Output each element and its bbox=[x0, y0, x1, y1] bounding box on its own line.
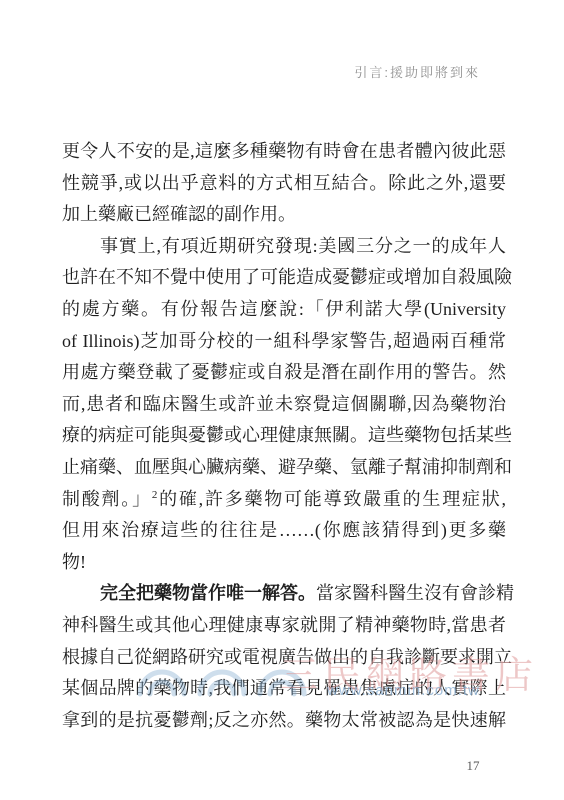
text-line: 物! bbox=[62, 547, 506, 579]
text-line: 更令人不安的是,這麼多種藥物有時會在患者體內彼此惡 bbox=[62, 136, 506, 168]
text-line: 性競爭,或以出乎意料的方式相互結合。除此之外,還要 bbox=[62, 168, 506, 200]
text-line: 某個品牌的藥物時,我們通常看見罹患焦慮症的人實際上 bbox=[62, 673, 506, 705]
page-number: 17 bbox=[458, 758, 488, 774]
text-line: 神科醫生或其他心理健康專家就開了精神藥物時,當患者 bbox=[62, 610, 506, 642]
text-line: 止痛藥、血壓與心臟病藥、避孕藥、氫離子幫浦抑制劑和 bbox=[62, 452, 506, 484]
text-line: 也許在不知不覺中使用了可能造成憂鬱症或增加自殺風險 bbox=[62, 262, 506, 294]
text-line: 而,患者和臨床醫生或許並未察覺這個關聯,因為藥物治 bbox=[62, 389, 506, 421]
text-line: 制酸劑。」2的確,許多藥物可能導致嚴重的生理症狀, bbox=[62, 484, 506, 516]
running-head: 引言:援助即將到來 bbox=[0, 62, 480, 81]
text-line: 但用來治療這些的往往是……(你應該猜得到)更多藥 bbox=[62, 515, 506, 547]
book-page: 引言:援助即將到來 更令人不安的是,這麼多種藥物有時會在患者體內彼此惡性競爭,或… bbox=[0, 0, 564, 800]
text-line: of Illinois)芝加哥分校的一組科學家警告,超過兩百種常 bbox=[62, 326, 506, 358]
text-line: 用處方藥登載了憂鬱症或自殺是潛在副作用的警告。然 bbox=[62, 357, 506, 389]
text-line: 的處方藥。有份報告這麼說:「伊利諾大學(University bbox=[62, 294, 506, 326]
text-line: 事實上,有項近期研究發現:美國三分之一的成年人 bbox=[62, 231, 506, 263]
text-line: 加上藥廠已經確認的副作用。 bbox=[62, 199, 506, 231]
text-line: 療的病症可能與憂鬱或心理健康無關。這些藥物包括某些 bbox=[62, 420, 506, 452]
body-text: 更令人不安的是,這麼多種藥物有時會在患者體內彼此惡性競爭,或以出乎意料的方式相互… bbox=[62, 136, 506, 736]
text-line: 拿到的是抗憂鬱劑;反之亦然。藥物太常被認為是快速解 bbox=[62, 705, 506, 737]
text-line: 完全把藥物當作唯一解答。當家醫科醫生沒有會診精 bbox=[62, 578, 506, 610]
text-line: 根據自己從網路研究或電視廣告做出的自我診斷要求開立 bbox=[62, 642, 506, 674]
